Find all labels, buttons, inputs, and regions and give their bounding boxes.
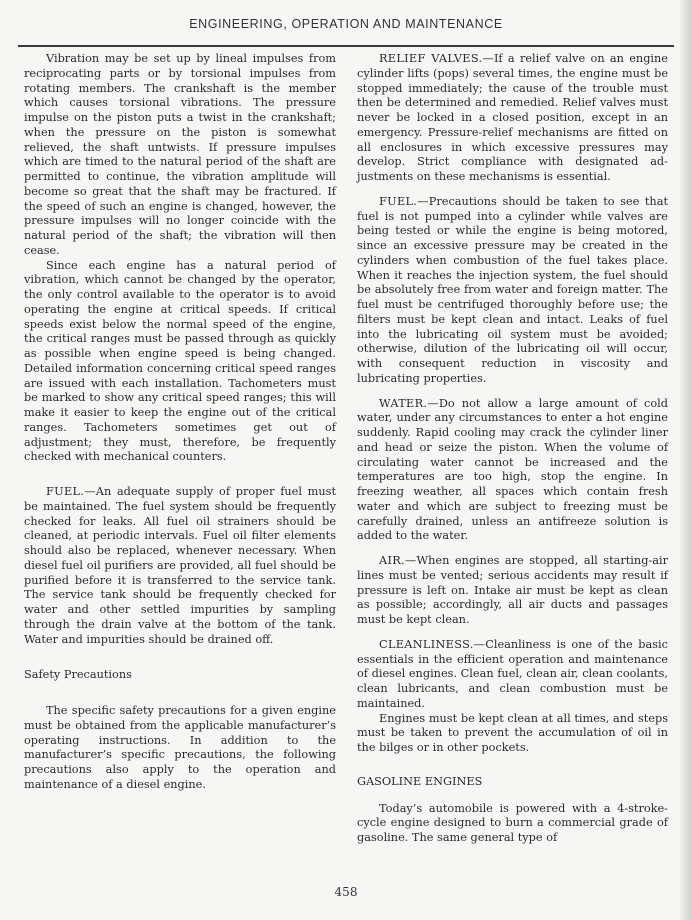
running-head: ENGINEERING, OPERATION AND MAINTENANCE (0, 17, 692, 31)
page-number: 458 (0, 885, 692, 899)
header-rule (18, 45, 674, 47)
relief-valves-text: If a relief valve on an engine cylinder … (357, 52, 668, 183)
fuel-precautions-text: Precautions should be taken to see that … (357, 195, 668, 385)
fuel-precautions-paragraph: FUEL.—Precautions should be taken to see… (357, 195, 668, 387)
page-edge-shadow (680, 0, 692, 920)
critical-speed-paragraph: Since each engine has a natural period o… (24, 259, 336, 466)
vibration-paragraph: Vibration may be set up by lineal impuls… (24, 52, 336, 259)
fuel-precautions-run-in-heading: FUEL.— (379, 195, 429, 208)
cleanliness-paragraph: CLEANLINESS.—Cleanliness is one of the b… (357, 638, 668, 712)
air-run-in-heading: AIR.— (379, 554, 417, 567)
fuel-run-in-heading: FUEL.— (46, 485, 96, 498)
cleanliness-run-in-heading: CLEANLINESS.— (379, 638, 485, 651)
relief-valves-paragraph: RELIEF VALVES.—If a relief valve on an e… (357, 52, 668, 185)
gasoline-engines-paragraph: Today’s automobile is powered with a 4-s… (357, 802, 668, 846)
cleanliness-paragraph-2: Engines must be kept clean at all times,… (357, 712, 668, 756)
water-paragraph: WATER.—Do not allow a large amount of co… (357, 397, 668, 545)
water-run-in-heading: WATER.— (379, 397, 439, 410)
water-text: Do not allow a large amount of cold wate… (357, 397, 668, 543)
fuel-supply-paragraph: FUEL.—An adequate supply of proper fuel … (24, 485, 336, 647)
left-column: Vibration may be set up by lineal impuls… (24, 52, 336, 793)
fuel-supply-text: An adequate supply of proper fuel must b… (24, 485, 336, 646)
right-column: RELIEF VALVES.—If a relief valve on an e… (357, 52, 668, 846)
gasoline-engines-heading: GASOLINE ENGINES (357, 775, 668, 790)
relief-valves-run-in-heading: RELIEF VALVES.— (379, 52, 494, 65)
safety-precautions-heading: Safety Precautions (24, 668, 336, 683)
air-paragraph: AIR.—When engines are stopped, all start… (357, 554, 668, 628)
safety-precautions-paragraph: The specific safety precautions for a gi… (24, 704, 336, 793)
